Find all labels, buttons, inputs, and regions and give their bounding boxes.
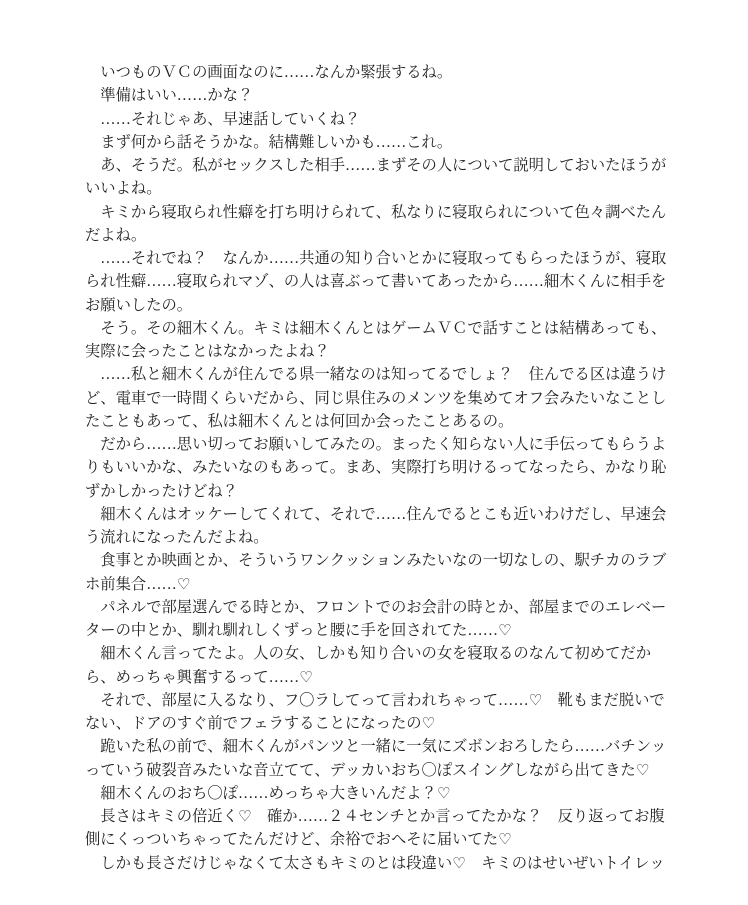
text-line: ど、電車で一時間くらいだから、同じ県住みのメンツを集めてオフ会みたいなことし [85,387,675,410]
text-line: ターの中とか、馴れ馴れしくずっと腰に手を回されてた……♡ [85,619,675,642]
text-line: しかも長さだけじゃなくて太さもキミのとは段違い♡ キミのはせいぜいトイレッ [85,852,675,875]
text-line: そう。その細木くん。キミは細木くんとはゲームＶＣで話すことは結構あっても、 [85,317,675,340]
text-line: だから……思い切ってお願いしてみたの。まったく知らない人に手伝ってもらうよ [85,433,675,456]
text-line: だよね。 [85,224,675,247]
text-line: お願いしたの。 [85,294,675,317]
text-line: 実際に会ったことはなかったよね？ [85,340,675,363]
text-line: ずかしかったけどね？ [85,480,675,503]
text-line: まず何から話そうかな。結構難しいかも……これ。 [85,131,675,154]
text-line: 食事とか映画とか、そういうワンクッションみたいなの一切なしの、駅チカのラブ [85,549,675,572]
text-line: 側にくっついちゃってたんだけど、余裕でおへそに届いてた♡ [85,828,675,851]
text-line: あ、そうだ。私がセックスした相手……まずその人について説明しておいたほうが [85,154,675,177]
text-line: ら、めっちゃ興奮するって……♡ [85,666,675,689]
text-line: ……私と細木くんが住んでる県一緒なのは知ってるでしょ？ 住んでる区は違うけ [85,363,675,386]
text-line: う流れになったんだよね。 [85,526,675,549]
text-line: いつものＶＣの画面なのに……なんか緊張するね。 [85,61,675,84]
text-block: いつものＶＣの画面なのに……なんか緊張するね。 準備はいい……かな？ ……それじ… [85,61,675,875]
text-line: いいよね。 [85,177,675,200]
text-line: ……それでね？ なんか……共通の知り合いとかに寝取ってもらったほうが、寝取 [85,247,675,270]
text-line: られ性癖……寝取られマゾ、の人は喜ぶって書いてあったから……細木くんに相手を [85,270,675,293]
text-line: ……それじゃあ、早速話していくね？ [85,108,675,131]
text-line: たこともあって、私は細木くんとは何回か会ったことあるの。 [85,410,675,433]
text-line: りもいいかな、みたいなのもあって。まあ、実際打ち明けるってなったら、かなり恥 [85,456,675,479]
text-line: パネルで部屋選んでる時とか、フロントでのお会計の時とか、部屋までのエレベー [85,596,675,619]
text-line: 長さはキミの倍近く♡ 確か……２４センチとか言ってたかな？ 反り返ってお腹 [85,805,675,828]
text-line: 細木くんはオッケーしてくれて、それで……住んでるとこも近いわけだし、早速会 [85,503,675,526]
text-line: それで、部屋に入るなり、フ〇ラしてって言われちゃって……♡ 靴もまだ脱いで [85,689,675,712]
text-line: 跪いた私の前で、細木くんがパンツと一緒に一気にズボンおろしたら……バチンッ [85,735,675,758]
text-line: 細木くんのおち〇ぽ……めっちゃ大きいんだよ？♡ [85,782,675,805]
text-line: っていう破裂音みたいな音立てて、デッカいおち〇ぽスイングしながら出てきた♡ [85,759,675,782]
text-line: 準備はいい……かな？ [85,84,675,107]
text-line: ない、ドアのすぐ前でフェラすることになったの♡ [85,712,675,735]
text-line: 細木くん言ってたよ。人の女、しかも知り合いの女を寝取るのなんて初めてだか [85,642,675,665]
text-line: ホ前集合……♡ [85,573,675,596]
text-line: キミから寝取られ性癖を打ち明けられて、私なりに寝取られについて色々調べたん [85,201,675,224]
document-page: いつものＶＣの画面なのに……なんか緊張するね。 準備はいい……かな？ ……それじ… [0,0,748,905]
